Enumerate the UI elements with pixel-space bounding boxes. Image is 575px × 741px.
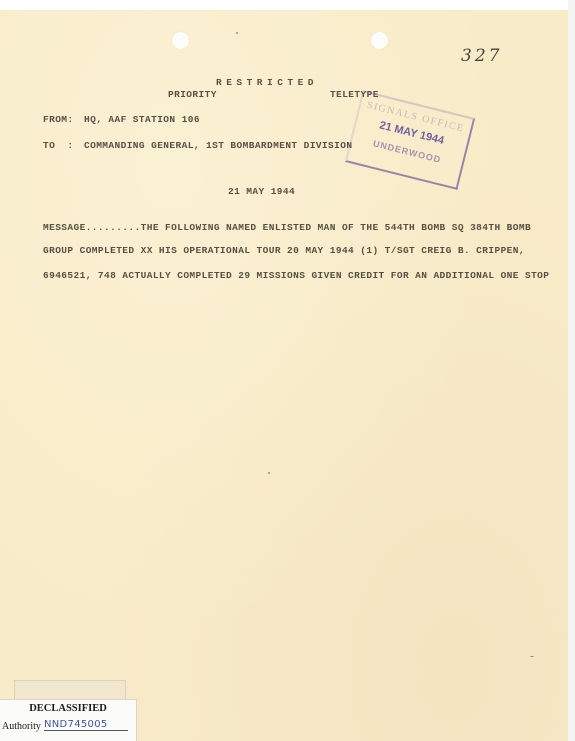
precedence-label: PRIORITY <box>168 89 217 100</box>
from-label: FROM: <box>43 114 74 125</box>
authority-label: Authority <box>2 721 41 732</box>
to-value: COMMANDING GENERAL, 1ST BOMBARDMENT DIVI… <box>84 140 352 151</box>
paper-speck <box>236 32 238 34</box>
page-number: 327 <box>461 46 502 66</box>
message-line: MESSAGE.........THE FOLLOWING NAMED ENLI… <box>43 222 531 233</box>
punch-hole <box>172 32 189 49</box>
classification-heading: RESTRICTED <box>216 77 318 88</box>
declassification-label: DECLASSIFIED Authority NND745005 <box>0 699 137 741</box>
message-line: GROUP COMPLETED XX HIS OPERATIONAL TOUR … <box>43 245 525 256</box>
punch-hole <box>371 32 388 49</box>
paper-speck <box>530 656 534 657</box>
scan-edge <box>568 0 575 741</box>
message-date: 21 MAY 1944 <box>228 186 295 197</box>
declassified-title: DECLASSIFIED <box>0 703 136 714</box>
to-label: TO : <box>43 140 74 151</box>
paper-speck <box>268 472 270 474</box>
from-value: HQ, AAF STATION 106 <box>84 114 200 125</box>
authority-value: NND745005 <box>44 719 128 731</box>
message-line: 6946521, 748 ACTUALLY COMPLETED 29 MISSI… <box>43 270 549 281</box>
